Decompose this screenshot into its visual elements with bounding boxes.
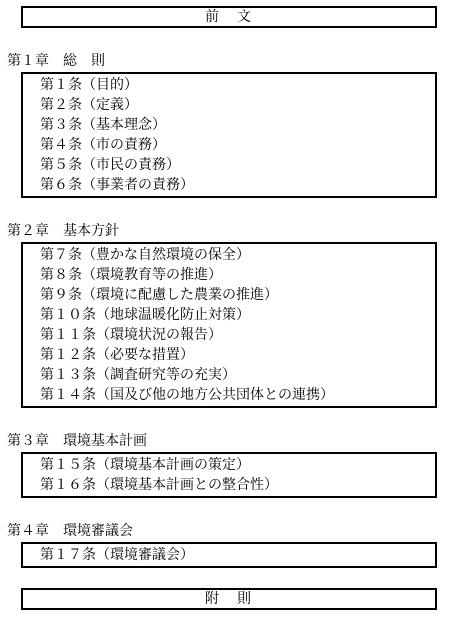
ordinance-structure-page: 前 文 第１章 総 則第１条（目的）第２条（定義）第３条（基本理念）第４条（市の… [0, 0, 450, 618]
article-box: 第１５条（環境基本計画の策定）第１６条（環境基本計画との整合性） [21, 452, 437, 498]
article-item: 第１条（目的） [23, 75, 435, 95]
article-item: 第１２条（必要な措置） [23, 345, 435, 365]
article-item: 第４条（市の責務） [23, 135, 435, 155]
article-item: 第１４条（国及び他の地方公共団体との連携） [23, 385, 435, 405]
article-item: 第１０条（地球温暖化防止対策） [23, 305, 435, 325]
chapters-container: 第１章 総 則第１条（目的）第２条（定義）第３条（基本理念）第４条（市の責務）第… [0, 54, 450, 568]
article-item: 第１６条（環境基本計画との整合性） [23, 475, 435, 495]
article-item: 第３条（基本理念） [23, 115, 435, 135]
article-item: 第９条（環境に配慮した農業の推進） [23, 285, 435, 305]
supplement-label: 附 則 [205, 592, 253, 606]
chapter-section-4: 第４章 環境審議会第１７条（環境審議会） [0, 524, 450, 568]
chapter-section-3: 第３章 環境基本計画第１５条（環境基本計画の策定）第１６条（環境基本計画との整合… [0, 434, 450, 498]
article-item: 第６条（事業者の責務） [23, 175, 435, 195]
chapter-heading: 第４章 環境審議会 [7, 524, 450, 539]
supplement-box: 附 則 [21, 588, 437, 610]
chapter-section-2: 第２章 基本方針第７条（豊かな自然環境の保全）第８条（環境教育等の推進）第９条（… [0, 224, 450, 408]
article-item: 第１７条（環境審議会） [23, 545, 435, 565]
article-item: 第１５条（環境基本計画の策定） [23, 455, 435, 475]
article-item: 第１１条（環境状況の報告） [23, 325, 435, 345]
chapter-heading: 第３章 環境基本計画 [7, 434, 450, 449]
chapter-heading: 第１章 総 則 [7, 54, 450, 69]
preface-box: 前 文 [21, 6, 437, 28]
article-item: 第１３条（調査研究等の充実） [23, 365, 435, 385]
article-item: 第７条（豊かな自然環境の保全） [23, 245, 435, 265]
article-item: 第８条（環境教育等の推進） [23, 265, 435, 285]
article-box: 第１条（目的）第２条（定義）第３条（基本理念）第４条（市の責務）第５条（市民の責… [21, 72, 437, 198]
chapter-section-1: 第１章 総 則第１条（目的）第２条（定義）第３条（基本理念）第４条（市の責務）第… [0, 54, 450, 198]
article-box: 第７条（豊かな自然環境の保全）第８条（環境教育等の推進）第９条（環境に配慮した農… [21, 242, 437, 408]
preface-label: 前 文 [205, 10, 253, 24]
article-item: 第２条（定義） [23, 95, 435, 115]
article-box: 第１７条（環境審議会） [21, 542, 437, 568]
article-item: 第５条（市民の責務） [23, 155, 435, 175]
chapter-heading: 第２章 基本方針 [7, 224, 450, 239]
